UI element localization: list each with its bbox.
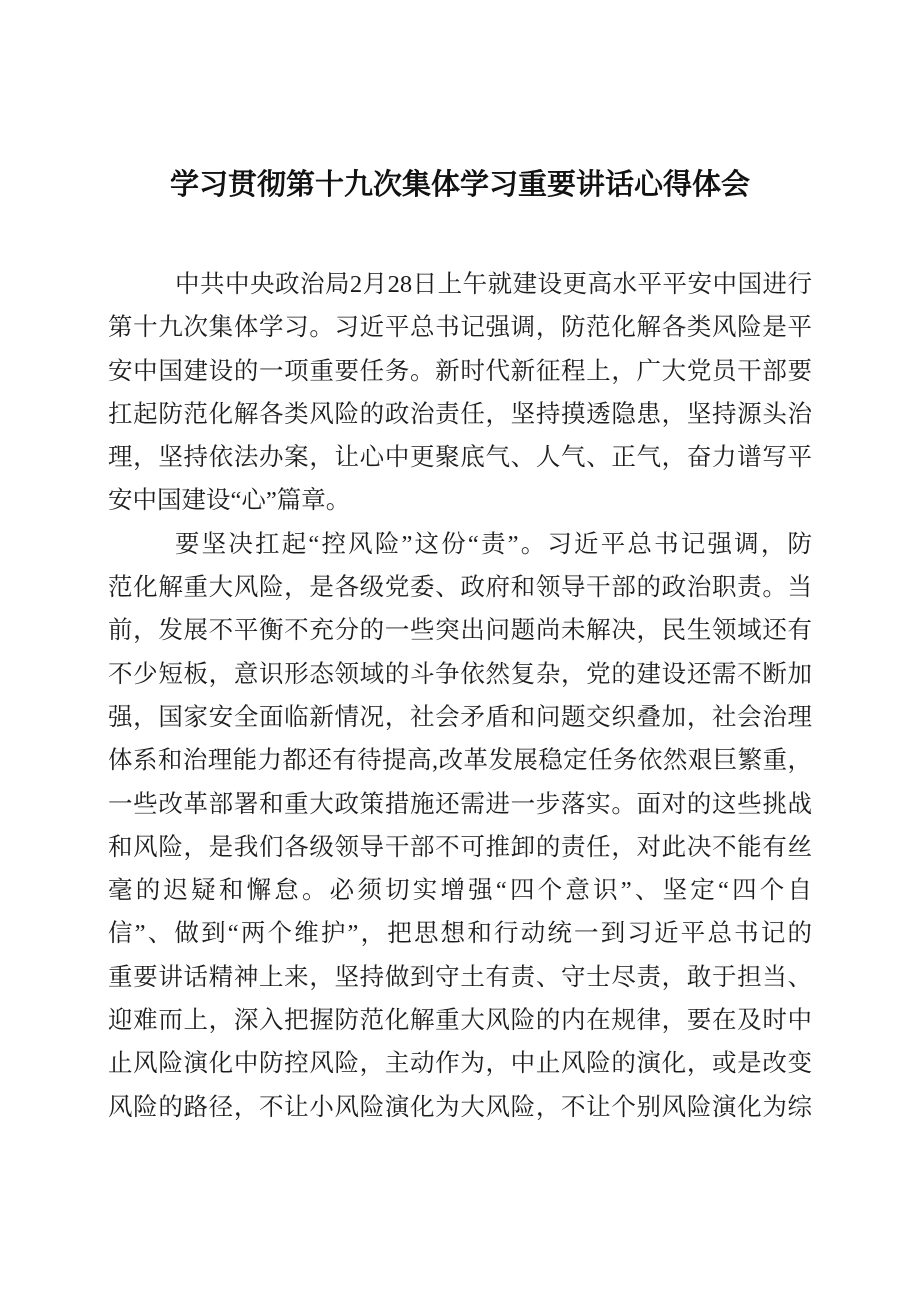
text-line: 安中国建设的一项重要任务。新时代新征程上，广大党员干部要 xyxy=(108,350,812,393)
text-line: 体系和治理能力都还有待提高,改革发展稳定任务依然艰巨繁重， xyxy=(108,739,812,782)
text-line: 信”、做到“两个维护”，把思想和行动统一到习近平总书记的 xyxy=(108,912,812,955)
text-line: 毫的迟疑和懈怠。必须切实增强“四个意识”、坚定“四个自 xyxy=(108,869,812,912)
document-page: 学习贯彻第十九次集体学习重要讲话心得体会 中共中央政治局2月28日上午就建设更高… xyxy=(0,0,920,1301)
text-line: 不少短板，意识形态领域的斗争依然复杂，党的建设还需不断加 xyxy=(108,653,812,696)
text-line: 前，发展不平衡不充分的一些突出问题尚未解决，民生领域还有 xyxy=(108,609,812,652)
text-line: 一些改革部署和重大政策措施还需进一步落实。面对的这些挑战 xyxy=(108,783,812,826)
text-line: 重要讲话精神上来，坚持做到守土有责、守士尽责，敢于担当、 xyxy=(108,956,812,999)
text-line: 止风险演化中防控风险，主动作为，中止风险的演化，或是改变 xyxy=(108,1042,812,1085)
text-line: 范化解重大风险，是各级党委、政府和领导干部的政治职责。当 xyxy=(108,566,812,609)
text-line: 第十九次集体学习。习近平总书记强调，防范化解各类风险是平 xyxy=(108,306,812,349)
text-line: 安中国建设“心”篇章。 xyxy=(108,479,812,522)
document-body: 中共中央政治局2月28日上午就建设更高水平平安中国进行第十九次集体学习。习近平总… xyxy=(108,263,812,1129)
text-line: 风险的路径，不让小风险演化为大风险，不让个别风险演化为综 xyxy=(108,1086,812,1129)
text-line: 中共中央政治局2月28日上午就建设更高水平平安中国进行 xyxy=(108,263,812,306)
text-line: 要坚决扛起“控风险”这份“责”。习近平总书记强调，防 xyxy=(108,523,812,566)
text-line: 理，坚持依法办案，让心中更聚底气、人气、正气，奋力谱写平 xyxy=(108,436,812,479)
text-line: 强，国家安全面临新情况，社会矛盾和问题交织叠加，社会治理 xyxy=(108,696,812,739)
paragraph: 中共中央政治局2月28日上午就建设更高水平平安中国进行第十九次集体学习。习近平总… xyxy=(108,263,812,523)
paragraph: 要坚决扛起“控风险”这份“责”。习近平总书记强调，防范化解重大风险，是各级党委、… xyxy=(108,523,812,1129)
document-title: 学习贯彻第十九次集体学习重要讲话心得体会 xyxy=(98,164,822,207)
text-line: 和风险，是我们各级领导干部不可推卸的责任，对此决不能有丝 xyxy=(108,826,812,869)
text-line: 扛起防范化解各类风险的政治责任，坚持摸透隐患，坚持源头治 xyxy=(108,393,812,436)
text-line: 迎难而上，深入把握防范化解重大风险的内在规律，要在及时中 xyxy=(108,999,812,1042)
